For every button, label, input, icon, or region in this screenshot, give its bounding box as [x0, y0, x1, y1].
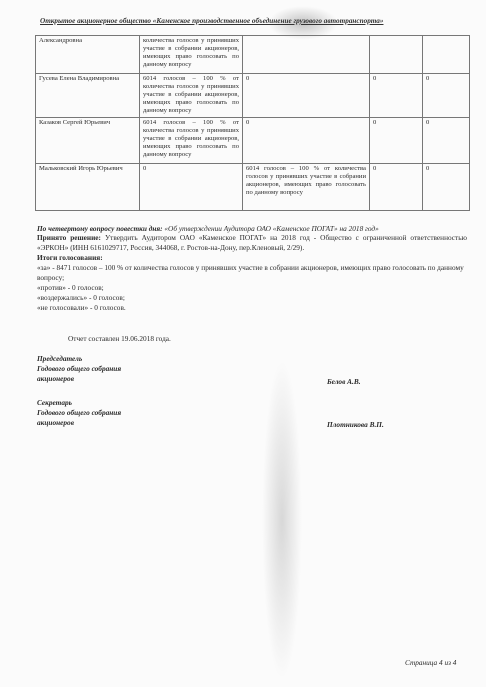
- secretary-title: Секретарь Годового общего собрания акцио…: [37, 398, 121, 428]
- candidate-name: Мальковский Игорь Юрьевич: [36, 164, 140, 211]
- result-for: «за» - 8471 голосов – 100 % от количеств…: [37, 263, 467, 282]
- chairman-name: Белов А.В.: [327, 377, 361, 386]
- chairman-title: Председатель Годового общего собрания ак…: [37, 354, 121, 384]
- table-row: Александровна количества голосов у приня…: [36, 36, 470, 74]
- votes-abstained: 0: [370, 164, 423, 211]
- votes-abstained: 0: [370, 118, 423, 164]
- question4-label: По четвертому вопросу повестки дня:: [37, 224, 163, 233]
- votes-not-voted: 0: [423, 118, 470, 164]
- results-label: Итоги голосования:: [37, 253, 467, 263]
- table-row: Гусева Елена Владимировна 6014 голосов –…: [36, 74, 470, 118]
- secretary-line1: Секретарь: [37, 398, 121, 408]
- decision-paragraph: Принято решение: Утвердить Аудитором ОАО…: [37, 233, 467, 252]
- decision-label: Принято решение:: [37, 233, 101, 242]
- votes-not-voted: 0: [423, 164, 470, 211]
- votes-abstained: [370, 36, 423, 74]
- votes-against: 6014 голосов – 100 % от количества голос…: [243, 164, 370, 211]
- scan-smudge: [262, 360, 302, 680]
- decision-text: Утвердить Аудитором ОАО «Каменское ПОГАТ…: [37, 233, 467, 252]
- candidate-name: Казаков Сергей Юрьевич: [36, 118, 140, 164]
- chairman-line2: Годового общего собрания: [37, 364, 121, 374]
- candidate-name: Александровна: [36, 36, 140, 74]
- votes-not-voted: [423, 36, 470, 74]
- votes-for: 0: [140, 164, 243, 211]
- report-date: Отчет составлен 19.06.2018 года.: [68, 334, 171, 343]
- candidate-name: Гусева Елена Владимировна: [36, 74, 140, 118]
- secretary-line2: Годового общего собрания: [37, 408, 121, 418]
- secretary-line3: акционеров: [37, 418, 121, 428]
- votes-for: 6014 голосов – 100 % от количества голос…: [140, 74, 243, 118]
- page-number: Страница 4 из 4: [405, 658, 456, 667]
- votes-for: 6014 голосов – 100 % от количества голос…: [140, 118, 243, 164]
- result-not-voted: «не голосовали» - 0 голосов.: [37, 303, 467, 313]
- secretary-name: Плотникова В.П.: [327, 420, 384, 429]
- votes-not-voted: 0: [423, 74, 470, 118]
- result-against: «против» - 0 голосов;: [37, 283, 467, 293]
- table-row: Казаков Сергей Юрьевич 6014 голосов – 10…: [36, 118, 470, 164]
- vote-results-table: Александровна количества голосов у приня…: [35, 35, 470, 211]
- votes-against: 0: [243, 74, 370, 118]
- question4-title: «Об утверждении Аудитора ОАО «Каменское …: [164, 224, 378, 233]
- votes-for: количества голосов у принявших участие в…: [140, 36, 243, 74]
- votes-against: 0: [243, 118, 370, 164]
- company-header: Открытое акционерное общество «Каменское…: [40, 17, 383, 25]
- chairman-line1: Председатель: [37, 354, 121, 364]
- table-row: Мальковский Игорь Юрьевич 0 6014 голосов…: [36, 164, 470, 211]
- votes-abstained: 0: [370, 74, 423, 118]
- result-abstained: «воздержались» - 0 голосов;: [37, 293, 467, 303]
- votes-against: [243, 36, 370, 74]
- chairman-line3: акционеров: [37, 374, 121, 384]
